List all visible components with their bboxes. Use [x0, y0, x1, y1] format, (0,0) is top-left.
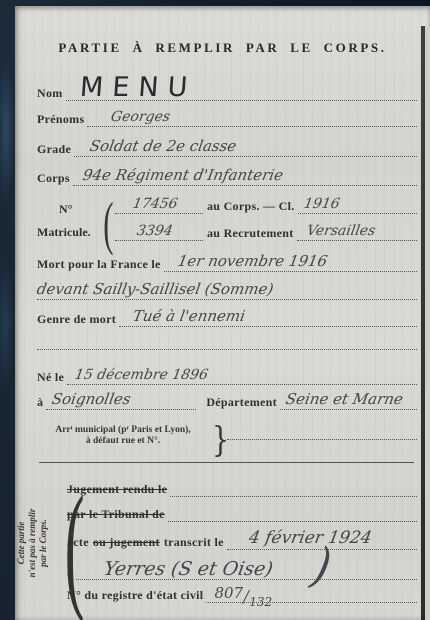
section-divider [39, 462, 414, 463]
naissance-field: Né le 15 décembre 1896 [37, 365, 417, 385]
empty-line [37, 340, 417, 350]
mort-lieu-field: devant Sailly-Saillisel (Somme) [37, 280, 417, 300]
death-record-form: PARTIE À REMPLIR PAR LE CORPS. Nom MENU … [15, 6, 430, 620]
registre-field: N° du registre d'état civil 807/132 [37, 583, 417, 603]
naissance-date-value: 15 décembre 1896 [74, 367, 210, 383]
tribunal-field: par le Tribunal de [67, 502, 417, 522]
grade-value: Soldat de 2e classe [89, 137, 238, 155]
acte-label: acte [67, 535, 89, 550]
marginal-note-line1: Cette partie [16, 484, 27, 602]
nom-line: MENU [66, 79, 417, 101]
empty-field [37, 340, 417, 350]
matricule-label: Matricule. [37, 225, 91, 240]
departement-line: Seine et Marne [280, 390, 417, 410]
genre-mort-label: Genre de mort [37, 312, 116, 327]
transcription-date-value: 4 février 1924 [247, 528, 373, 548]
grade-line: Soldat de 2e classe [74, 137, 417, 157]
transcrit-le-label: transcrit le [164, 535, 224, 550]
ou-jugement-label: ou jugement [93, 535, 160, 550]
prenoms-value: Georges [110, 109, 172, 125]
mort-date-value: 1er novembre 1916 [176, 252, 328, 270]
classe-line: 1916 [298, 194, 417, 214]
departement-value: Seine et Marne [284, 390, 404, 408]
arrondissement-label-line1: Arrᵗ municipal (pʳ Paris et Lyon), [37, 425, 209, 436]
mort-line: 1er novembre 1916 [164, 252, 417, 272]
corps-label: Corps [37, 171, 70, 186]
prenoms-label: Prénoms [37, 112, 84, 127]
jugement-line [170, 477, 417, 497]
transcription-field: acte ou jugement transcrit le 4 février … [67, 530, 417, 550]
numero-recrutement-row: 3394 au Recrutement Versailles [115, 221, 417, 241]
commune-line: Soignolles [46, 390, 196, 410]
jugement-label: Jugement rendu le [67, 482, 167, 497]
arrondissement-line-row [227, 424, 417, 440]
lieu-recrutement-value: Versailles [305, 223, 376, 239]
arrondissement-label-line2: à défaut rue et N°. [37, 436, 209, 447]
mort-lieu-line: devant Sailly-Saillisel (Somme) [37, 280, 417, 300]
genre-mort-line: Tué à l'ennemi [119, 307, 417, 327]
jugement-field: Jugement rendu le [67, 477, 417, 497]
prenoms-line: Georges [87, 107, 417, 127]
registre-label: N° du registre d'état civil [67, 588, 203, 603]
page-fold-shadow [421, 26, 425, 620]
transcription-lieu-line: Yerres (S et Oise) ) [76, 560, 417, 580]
departement-label: Département [206, 395, 277, 410]
nom-value: MENU [78, 72, 196, 103]
adjacent-page-edge [425, 26, 430, 620]
corps-value: 94e Régiment d'Infanterie [81, 166, 284, 184]
registre-denominateur: 132 [249, 595, 272, 609]
lieu-naissance-field: à Soignolles Département Seine et Marne [37, 390, 417, 410]
numero-corps-line: 17456 [115, 194, 203, 214]
nom-field: Nom MENU [37, 79, 417, 101]
registre-line: 807/132 [206, 583, 417, 603]
grade-label: Grade [37, 142, 71, 157]
tribunal-label: par le Tribunal de [67, 507, 165, 522]
grade-field: Grade Soldat de 2e classe [37, 137, 417, 157]
genre-mort-value: Tué à l'ennemi [131, 307, 246, 325]
au-recrutement-label: au Recrutement [207, 226, 294, 241]
au-corps-label: au Corps. — Cl. [207, 199, 295, 214]
lieu-recrutement-line: Versailles [297, 221, 417, 241]
genre-mort-field: Genre de mort Tué à l'ennemi [37, 307, 417, 327]
numero-label: N° [59, 202, 72, 217]
arrondissement-field: Arrᵗ municipal (pʳ Paris et Lyon), à déf… [37, 425, 209, 447]
naissance-line: 15 décembre 1896 [67, 365, 417, 385]
transcription-lieu-value: Yerres (S et Oise) [102, 558, 275, 580]
nom-label: Nom [37, 86, 63, 101]
transcription-a-label: à [67, 565, 73, 580]
mort-field: Mort pour la France le 1er novembre 1916 [37, 252, 417, 272]
mort-label: Mort pour la France le [37, 257, 161, 272]
corps-field: Corps 94e Régiment d'Infanterie [37, 166, 417, 186]
prenoms-field: Prénoms Georges [37, 107, 417, 127]
registre-value: 807/132 [214, 584, 272, 610]
tribunal-line [168, 502, 417, 522]
ne-le-label: Né le [37, 370, 64, 385]
arrondissement-line [227, 424, 417, 440]
mort-lieu-value: devant Sailly-Saillisel (Somme) [35, 280, 275, 298]
matricule-brace: ( [103, 195, 113, 254]
corps-line: 94e Régiment d'Infanterie [73, 166, 417, 186]
registre-numero: 807 [214, 584, 243, 602]
numero-corps-value: 17456 [132, 196, 179, 212]
numero-corps-row: 17456 au Corps. — Cl. 1916 [115, 194, 417, 214]
form-title: PARTIE À REMPLIR PAR LE CORPS. [45, 40, 400, 56]
scan-background: PARTIE À REMPLIR PAR LE CORPS. Nom MENU … [0, 0, 430, 620]
commune-value: Soignolles [51, 390, 133, 408]
numero-recrutement-line: 3394 [115, 221, 203, 241]
transcription-lieu-field: à Yerres (S et Oise) ) [37, 560, 417, 580]
a-label: à [37, 395, 43, 410]
numero-recrutement-value: 3394 [136, 223, 174, 239]
classe-value: 1916 [302, 196, 340, 212]
